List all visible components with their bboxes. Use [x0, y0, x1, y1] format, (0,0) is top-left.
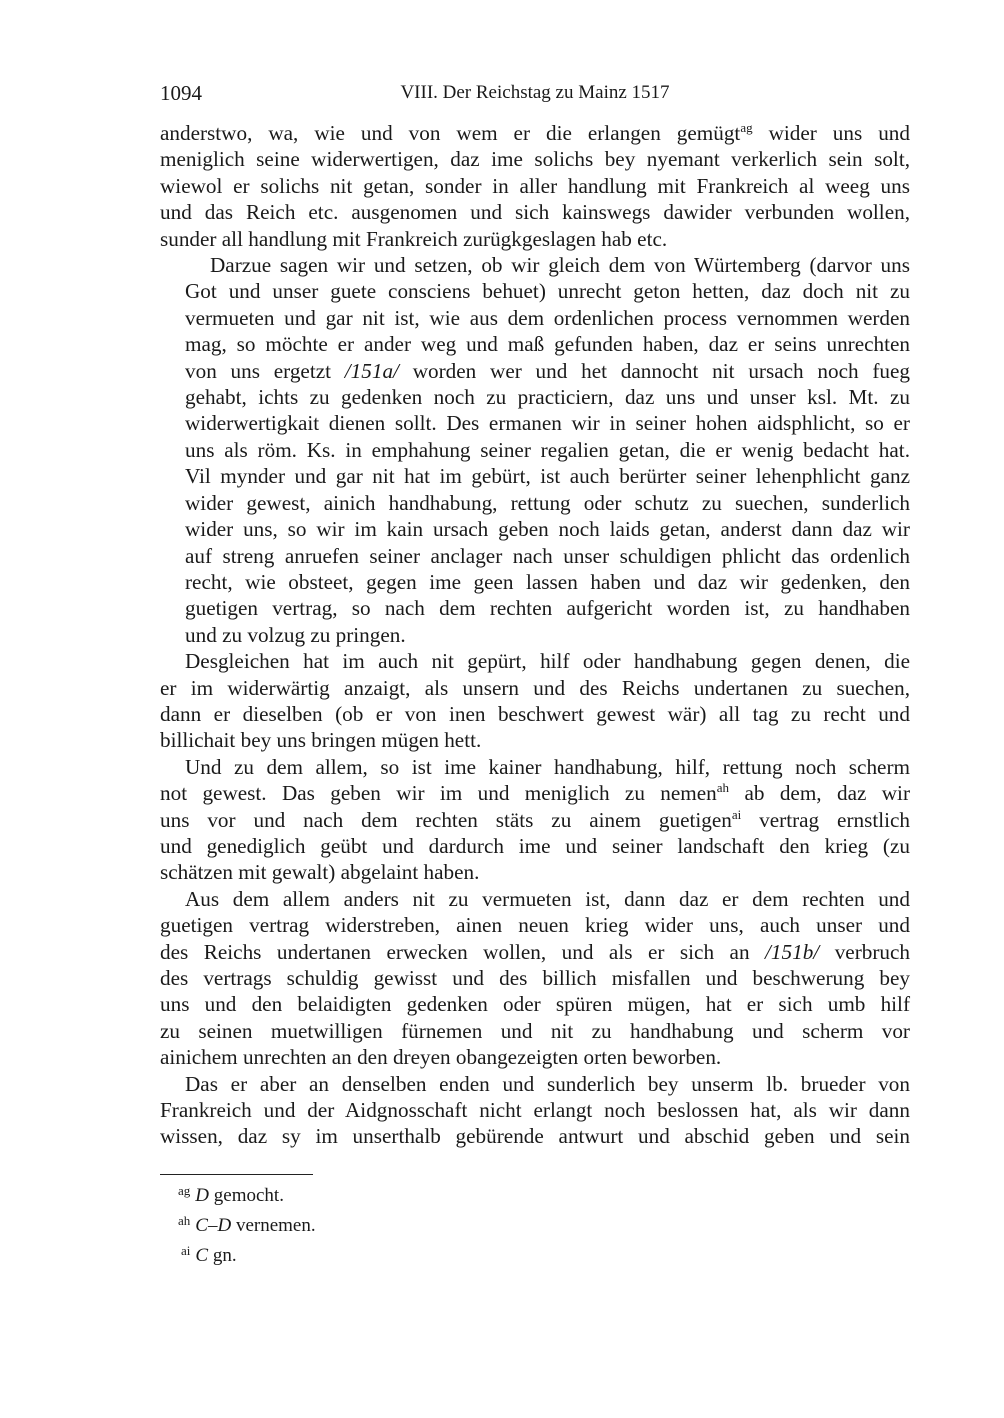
text-line: Got und unser guete consciens behuet) un… — [160, 278, 910, 304]
text-line: und zu volzug zu pringen. — [160, 622, 910, 648]
text-line: auf streng anruefen seiner anclager nach… — [160, 543, 910, 569]
footnote-ah: ahC–D vernemen. — [178, 1208, 316, 1238]
text-line: not gewest. Das geben wir im und menigli… — [160, 780, 910, 806]
text-line: mag, so möchte er ander weg und maß gefu… — [160, 331, 910, 357]
paragraph: Desgleichen hat im auch nit gepürt, hilf… — [160, 648, 910, 754]
text-line: er im widerwärtig anzaigt, als unsern un… — [160, 675, 910, 701]
footnote-siglum: D — [195, 1185, 209, 1206]
text-line: Und zu dem allem, so ist ime kainer hand… — [160, 754, 910, 780]
text-line: und genediglich geübt und dardurch ime u… — [160, 833, 910, 859]
footnote-mark: ah — [178, 1213, 190, 1228]
text-line: schätzen mit gewalt) abgelaint haben. — [160, 859, 910, 885]
text-line: widerwertigkait dienen sollt. Des ermane… — [160, 410, 910, 436]
text-line: recht, wie obsteet, gegen ime geen lasse… — [160, 569, 910, 595]
footnote-ref-ai[interactable]: ai — [732, 807, 741, 822]
text-line: Das er aber an denselben enden und sunde… — [160, 1071, 910, 1097]
text-line: von uns ergetzt /151a/ worden wer und he… — [160, 358, 910, 384]
text-line: uns und den belaidigten gedenken oder sp… — [160, 991, 910, 1017]
folio-marker: /151a/ — [345, 359, 399, 383]
footnote-mark: ai — [181, 1243, 190, 1258]
footnotes: agD gemocht. ahC–D vernemen. aiC gn. — [178, 1178, 316, 1268]
text-line: ainichem unrechten an den dreyen obangez… — [160, 1044, 910, 1070]
paragraph: Darzue sagen wir und setzen, ob wir glei… — [160, 252, 910, 648]
text-line: wiewol er solichs nit getan, sonder in a… — [160, 173, 910, 199]
footnote-ref-ah[interactable]: ah — [717, 780, 729, 795]
footnote-ai: aiC gn. — [178, 1238, 316, 1268]
footnote-ag: agD gemocht. — [178, 1178, 316, 1208]
text-line: dann er dieselben (ob er von inen beschw… — [160, 701, 910, 727]
text-line: gehabt, ichts zu gedenken noch zu practi… — [160, 384, 910, 410]
folio-marker: /151b/ — [765, 940, 819, 964]
running-title: VIII. Der Reichstag zu Mainz 1517 — [160, 78, 910, 108]
running-head: 1094 VIII. Der Reichstag zu Mainz 1517 — [160, 78, 910, 108]
text-line: guetigen vertrag widerstreben, ainen neu… — [160, 912, 910, 938]
text-line: Aus dem allem anders nit zu vermueten is… — [160, 886, 910, 912]
text-line: sunder all handlung mit Frankreich zurüg… — [160, 226, 910, 252]
text-line: uns als röm. Ks. in emphahung seiner reg… — [160, 437, 910, 463]
text-line: Desgleichen hat im auch nit gepürt, hilf… — [160, 648, 910, 674]
paragraph: Und zu dem allem, so ist ime kainer hand… — [160, 754, 910, 886]
text-line: zu seinen muetwilligen fürnemen und nit … — [160, 1018, 910, 1044]
footnote-text: gemocht. — [209, 1185, 284, 1206]
paragraph: Aus dem allem anders nit zu vermueten is… — [160, 886, 910, 1071]
body-text: anderstwo, wa, wie und von wem er die er… — [160, 120, 910, 1150]
text-line: Frankreich und der Aidgnosschaft nicht e… — [160, 1097, 910, 1123]
page: 1094 VIII. Der Reichstag zu Mainz 1517 a… — [160, 78, 910, 1150]
text-line: meniglich seine widerwertigen, daz ime s… — [160, 146, 910, 172]
text-line: Darzue sagen wir und setzen, ob wir glei… — [160, 252, 910, 278]
footnote-siglum: C–D — [195, 1215, 231, 1236]
footnote-rule — [160, 1174, 313, 1175]
text-line: uns vor und nach dem rechten stäts zu ai… — [160, 807, 910, 833]
paragraph: anderstwo, wa, wie und von wem er die er… — [160, 120, 910, 252]
text-line: wissen, daz sy im unserthalb gebürende a… — [160, 1123, 910, 1149]
text-line: Vil mynder und gar nit hat im gebürt, is… — [160, 463, 910, 489]
text-line: vermueten und gar nit ist, wie aus dem o… — [160, 305, 910, 331]
text-line: guetigen vertrag, so nach dem rechten au… — [160, 595, 910, 621]
text-line: billichait bey uns bringen mügen hett. — [160, 727, 910, 753]
text-line: wider gewest, ainich handhabung, rettung… — [160, 490, 910, 516]
text-line: des vertrags schuldig gewisst und des bi… — [160, 965, 910, 991]
footnote-text: gn. — [208, 1245, 237, 1266]
footnote-mark: ag — [178, 1183, 190, 1198]
footnote-ref-ag[interactable]: ag — [740, 120, 752, 135]
paragraph: Das er aber an denselben enden und sunde… — [160, 1071, 910, 1150]
text-line: und das Reich etc. ausgenomen und sich k… — [160, 199, 910, 225]
text-line: des Reichs undertanen erwecken wollen, u… — [160, 939, 910, 965]
text-line: anderstwo, wa, wie und von wem er die er… — [160, 120, 910, 146]
text-line: wider uns, so wir im kain ursach geben n… — [160, 516, 910, 542]
footnote-text: vernemen. — [231, 1215, 315, 1236]
footnote-siglum: C — [195, 1245, 208, 1266]
